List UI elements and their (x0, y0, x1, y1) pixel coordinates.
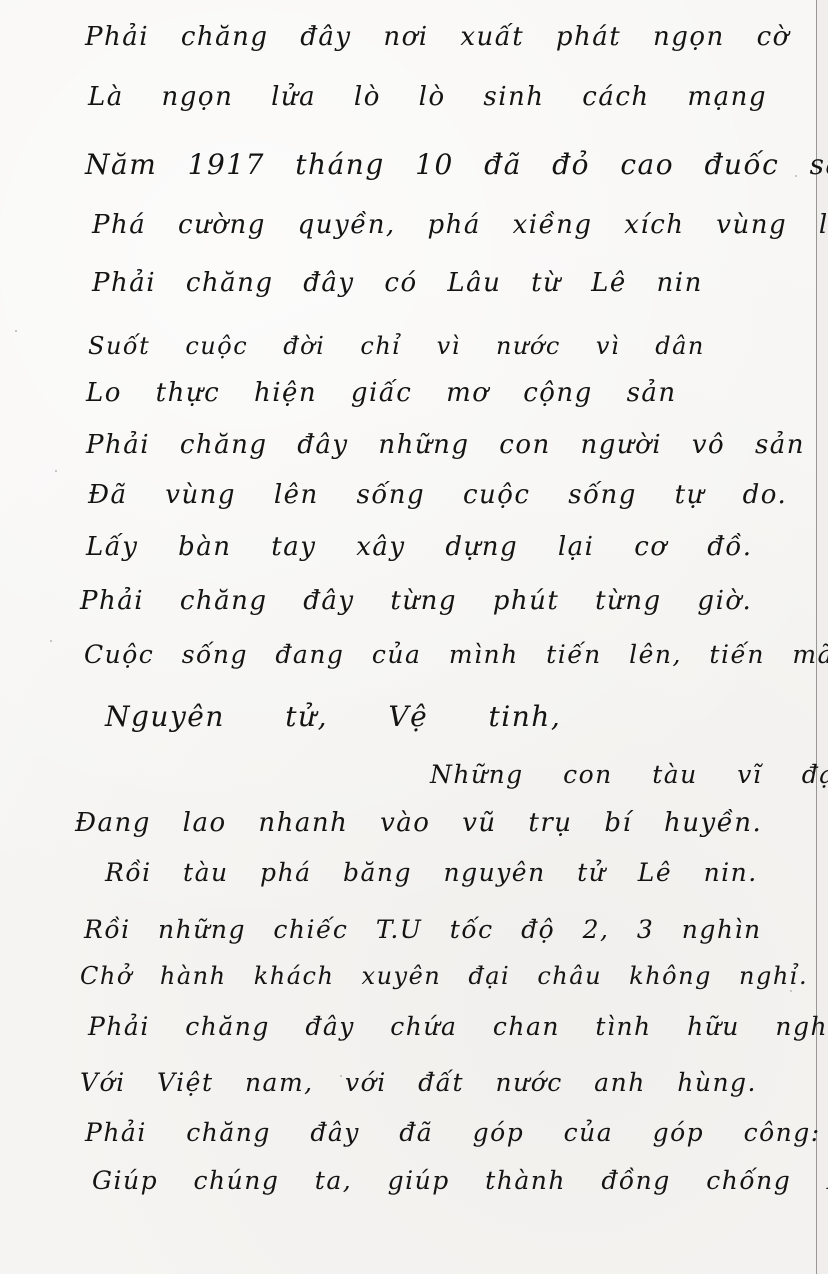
poem-line-4: Phá cường quyền, phá xiềng xích vùng lên… (92, 210, 828, 240)
paper-speck (15, 330, 17, 332)
poem-line-11: Phải chăng đây từng phút từng giờ. (80, 586, 752, 616)
poem-line-13: Nguyên tử, Vệ tinh, (105, 700, 561, 733)
poem-line-6: Suốt cuộc đời chỉ vì nước vì dân (88, 332, 705, 360)
poem-line-20: Với Việt nam, với đất nước anh hùng. (80, 1068, 757, 1097)
poem-line-16: Rồi tàu phá băng nguyên tử Lê nin. (105, 858, 758, 887)
poem-line-14: Những con tàu vĩ đại. (430, 760, 828, 789)
paper-speck (790, 990, 792, 992)
poem-line-18: Chở hành khách xuyên đại châu không nghỉ… (80, 962, 808, 990)
poem-line-5: Phải chăng đây có Lâu từ Lê nin (92, 268, 703, 298)
paper-speck (50, 640, 52, 642)
poem-line-9: Đã vùng lên sống cuộc sống tự do. (88, 480, 787, 510)
paper-speck (55, 470, 57, 472)
background-margin (817, 0, 828, 1274)
poem-line-1: Phải chăng đây nơi xuất phát ngọn cờ (85, 22, 790, 52)
poem-line-8: Phải chăng đây những con người vô sản (86, 430, 805, 460)
poem-line-12: Cuộc sống đang của mình tiến lên, tiến m… (84, 640, 828, 669)
poem-line-21: Phải chăng đây đã góp của góp công: (85, 1118, 821, 1147)
poem-line-15: Đang lao nhanh vào vũ trụ bí huyền. (75, 808, 762, 838)
poem-line-22: Giúp chúng ta, giúp thành đồng chống Mĩ (92, 1166, 828, 1195)
poem-line-19: Phải chăng đây chứa chan tình hữu nghị. (88, 1012, 828, 1041)
poem-line-10: Lấy bàn tay xây dựng lại cơ đồ. (86, 532, 753, 562)
poem-line-17: Rồi những chiếc T.U tốc độ 2, 3 nghìn (84, 915, 762, 944)
poem-line-2: Là ngọn lửa lò lò sinh cách mạng (88, 82, 767, 112)
poem-line-3: Năm 1917 tháng 10 đã đỏ cao đuốc sáng. (85, 148, 828, 181)
poem-line-7: Lo thực hiện giấc mơ cộng sản (86, 378, 677, 408)
